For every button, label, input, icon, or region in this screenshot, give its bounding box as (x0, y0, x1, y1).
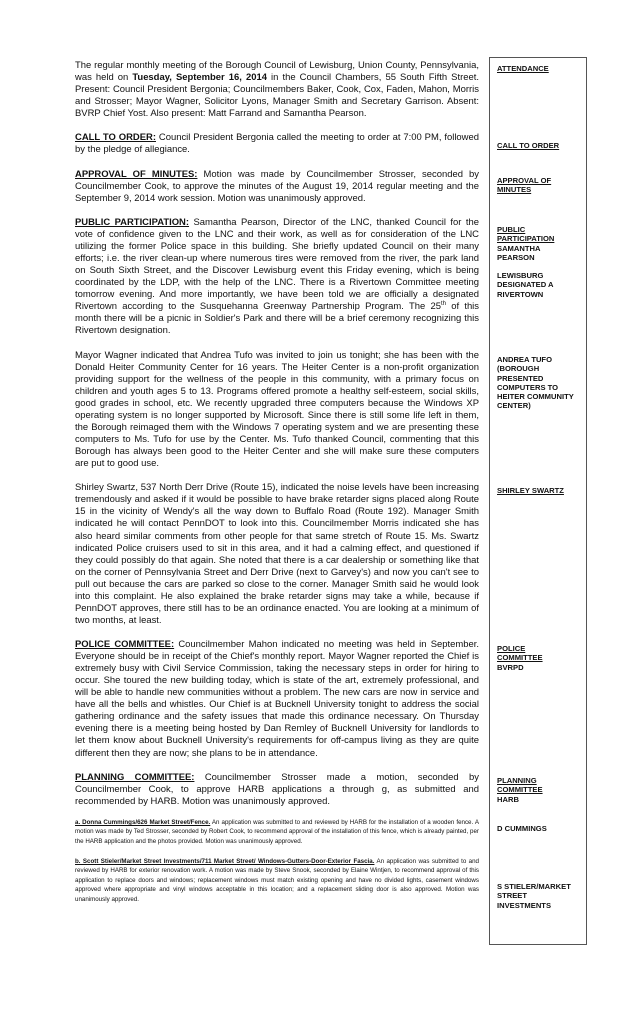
minutes-body: The regular monthly meeting of the Borou… (75, 60, 479, 915)
sidebar-sublabel: HARB (497, 795, 567, 804)
public-participation-text: Samantha Pearson, Director of the LNC, t… (75, 217, 479, 312)
police-committee-text: Councilmember Mahon indicated no meeting… (75, 639, 479, 758)
sidebar-rivertown: LEWISBURG DESIGNATED A RIVERTOWN (497, 271, 577, 299)
sidebar-sublabel: SAMANTHA PEARSON (497, 244, 557, 263)
sidebar-d-cummings: D CUMMINGS (497, 824, 547, 833)
public-participation-heading: PUBLIC PARTICIPATION: (75, 217, 189, 228)
harb-item-a: a. Donna Cummings/626 Market Street/Fenc… (75, 818, 479, 847)
sidebar-s-stieler: S STIELER/MARKET STREET INVESTMENTS (497, 882, 583, 910)
call-to-order-paragraph: CALL TO ORDER: Council President Bergoni… (75, 132, 479, 156)
sidebar-andrea-tufo: ANDREA TUFO (BOROUGH PRESENTED COMPUTERS… (497, 355, 581, 411)
sidebar-label: ATTENDANCE (497, 64, 549, 73)
andrea-tufo-paragraph: Mayor Wagner indicated that Andrea Tufo … (75, 350, 479, 470)
sidebar-label: PUBLIC PARTICIPATION (497, 225, 577, 244)
sidebar-call-to-order: CALL TO ORDER (497, 141, 559, 150)
sidebar-label: POLICE COMMITTEE (497, 644, 567, 663)
margin-topics-box: ATTENDANCE CALL TO ORDER APPROVAL OF MIN… (489, 57, 587, 945)
sidebar-attendance: ATTENDANCE (497, 64, 549, 73)
shirley-swartz-paragraph: Shirley Swartz, 537 North Derr Drive (Ro… (75, 482, 479, 627)
attendance-paragraph: The regular monthly meeting of the Borou… (75, 60, 479, 120)
sidebar-label: APPROVAL OF MINUTES (497, 176, 577, 195)
sidebar-label: SHIRLEY SWARTZ (497, 486, 564, 495)
public-participation-paragraph: PUBLIC PARTICIPATION: Samantha Pearson, … (75, 217, 479, 337)
meeting-date: Tuesday, September 16, 2014 (132, 72, 267, 83)
sidebar-police-committee: POLICE COMMITTEE BVRPD (497, 644, 567, 672)
harb-item-b: b. Scott Stieler/Market Street Investmen… (75, 857, 479, 905)
sidebar-label: CALL TO ORDER (497, 141, 559, 150)
sidebar-label: LEWISBURG DESIGNATED A RIVERTOWN (497, 271, 577, 299)
sidebar-approval-of-minutes: APPROVAL OF MINUTES (497, 176, 577, 195)
harb-item-b-heading: b. Scott Stieler/Market Street Investmen… (75, 858, 374, 865)
police-committee-heading: POLICE COMMITTEE: (75, 639, 174, 650)
planning-committee-paragraph: PLANNING COMMITTEE: Councilmember Stross… (75, 772, 479, 808)
sidebar-sublabel: BVRPD (497, 663, 567, 672)
sidebar-planning-committee: PLANNING COMMITTEE HARB (497, 776, 567, 804)
call-to-order-heading: CALL TO ORDER: (75, 132, 156, 143)
police-committee-paragraph: POLICE COMMITTEE: Councilmember Mahon in… (75, 639, 479, 759)
sidebar-public-participation: PUBLIC PARTICIPATION SAMANTHA PEARSON (497, 225, 577, 262)
sidebar-shirley-swartz: SHIRLEY SWARTZ (497, 486, 564, 495)
harb-item-a-heading: a. Donna Cummings/626 Market Street/Fenc… (75, 819, 210, 826)
planning-committee-heading: PLANNING COMMITTEE: (75, 772, 194, 783)
sidebar-label: D CUMMINGS (497, 824, 547, 833)
approval-of-minutes-heading: APPROVAL OF MINUTES: (75, 169, 197, 180)
approval-of-minutes-paragraph: APPROVAL OF MINUTES: Motion was made by … (75, 169, 479, 205)
sidebar-label: ANDREA TUFO (BOROUGH PRESENTED COMPUTERS… (497, 355, 581, 411)
sidebar-label: S STIELER/MARKET STREET INVESTMENTS (497, 882, 583, 910)
sidebar-label: PLANNING COMMITTEE (497, 776, 567, 795)
